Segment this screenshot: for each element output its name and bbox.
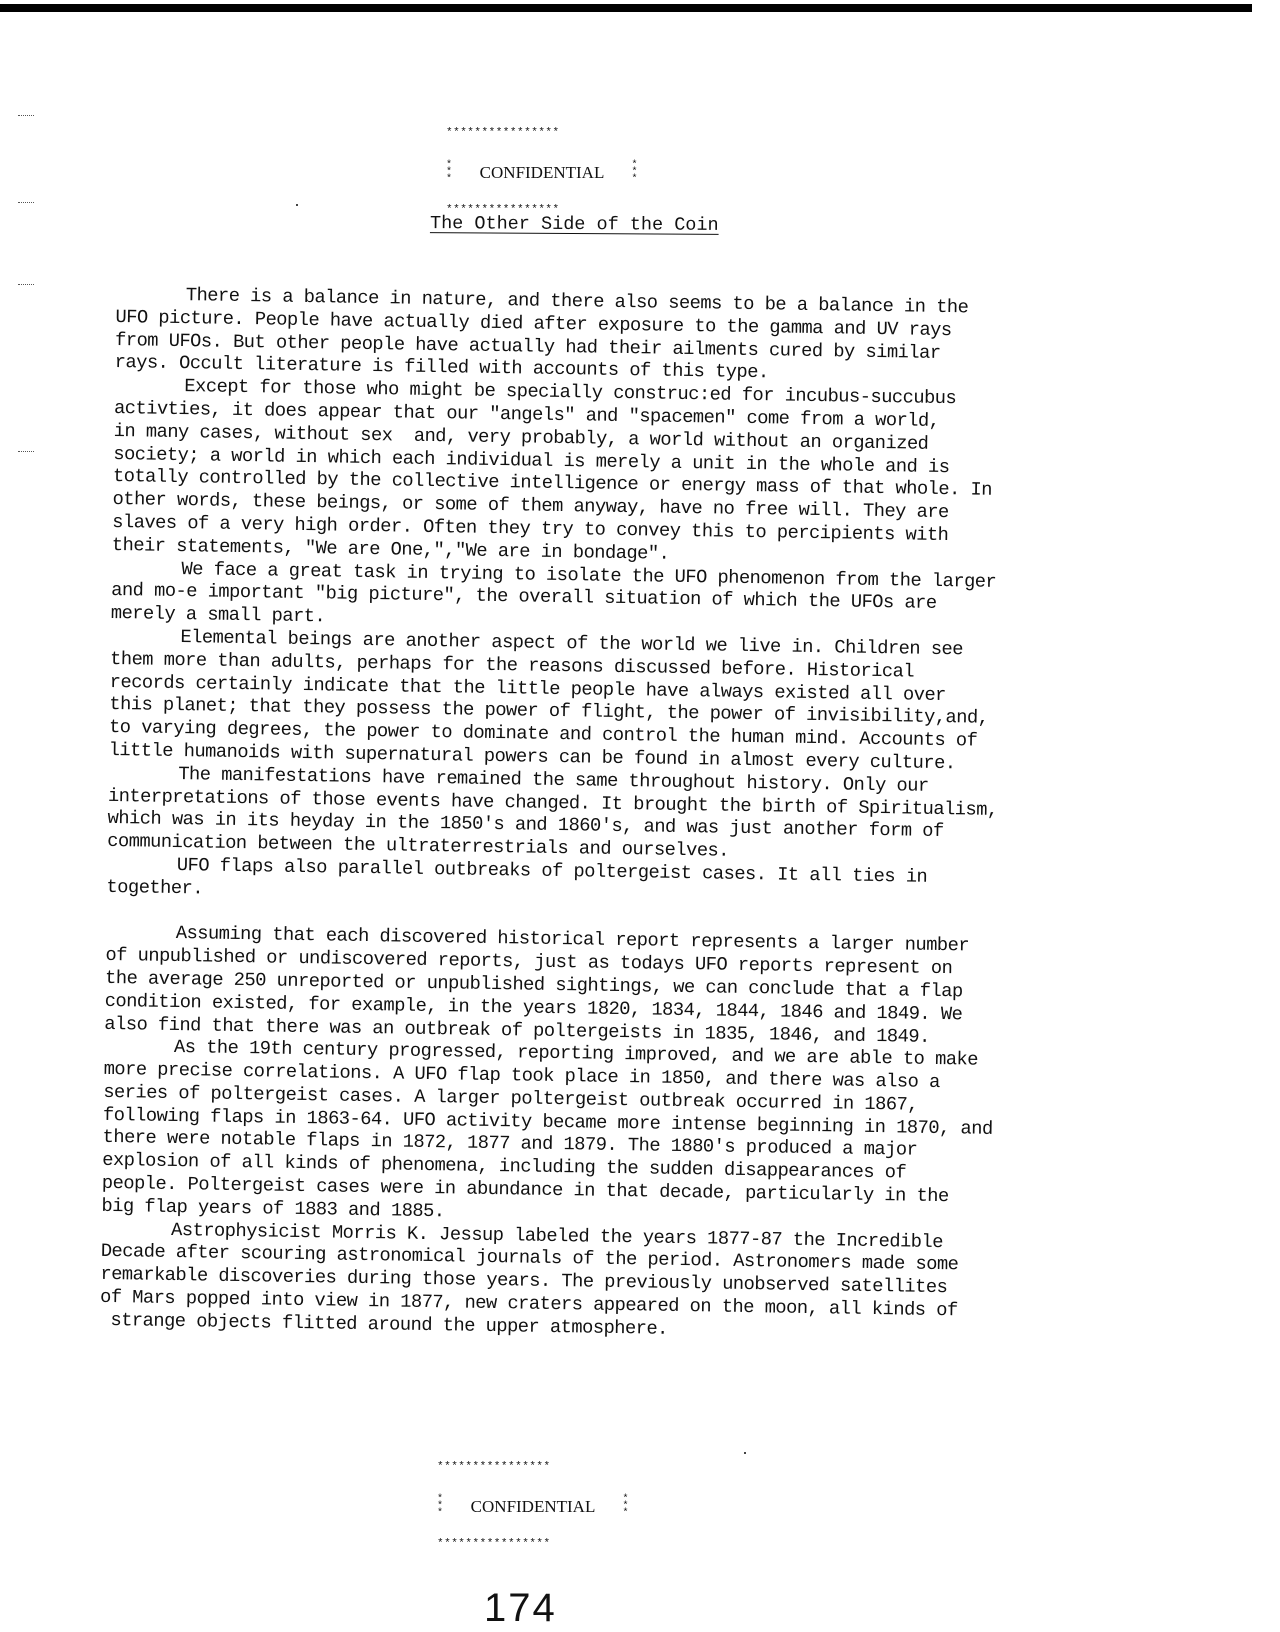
document-body: There is a balance in nature, and there …: [100, 283, 1126, 1347]
stamp-border-right: ***: [622, 1496, 629, 1517]
stamp-border-left: ***: [437, 1496, 444, 1517]
margin-mark: [18, 451, 34, 454]
confidential-stamp-bottom: **************** *** CONFIDENTIAL *** **…: [437, 1440, 629, 1561]
document-title: The Other Side of the Coin: [430, 213, 719, 236]
margin-mark: [18, 202, 34, 205]
margin-mark: [18, 115, 34, 118]
margin-mark: [18, 284, 34, 287]
stamp-border-top: ****************: [437, 1462, 629, 1473]
confidential-label: CONFIDENTIAL: [471, 1501, 596, 1512]
stray-mark: [744, 1452, 746, 1454]
stamp-border-top: ****************: [446, 128, 638, 139]
stamp-border-left: ***: [446, 162, 453, 183]
confidential-label: CONFIDENTIAL: [480, 167, 605, 178]
scan-edge-bar: [0, 4, 1252, 12]
stamp-border-bottom: ****************: [437, 1539, 629, 1550]
confidential-stamp-top: **************** *** CONFIDENTIAL *** **…: [446, 106, 638, 227]
stamp-border-right: ***: [631, 162, 638, 183]
page-number: 174: [484, 1588, 557, 1628]
stray-mark: [296, 204, 298, 206]
